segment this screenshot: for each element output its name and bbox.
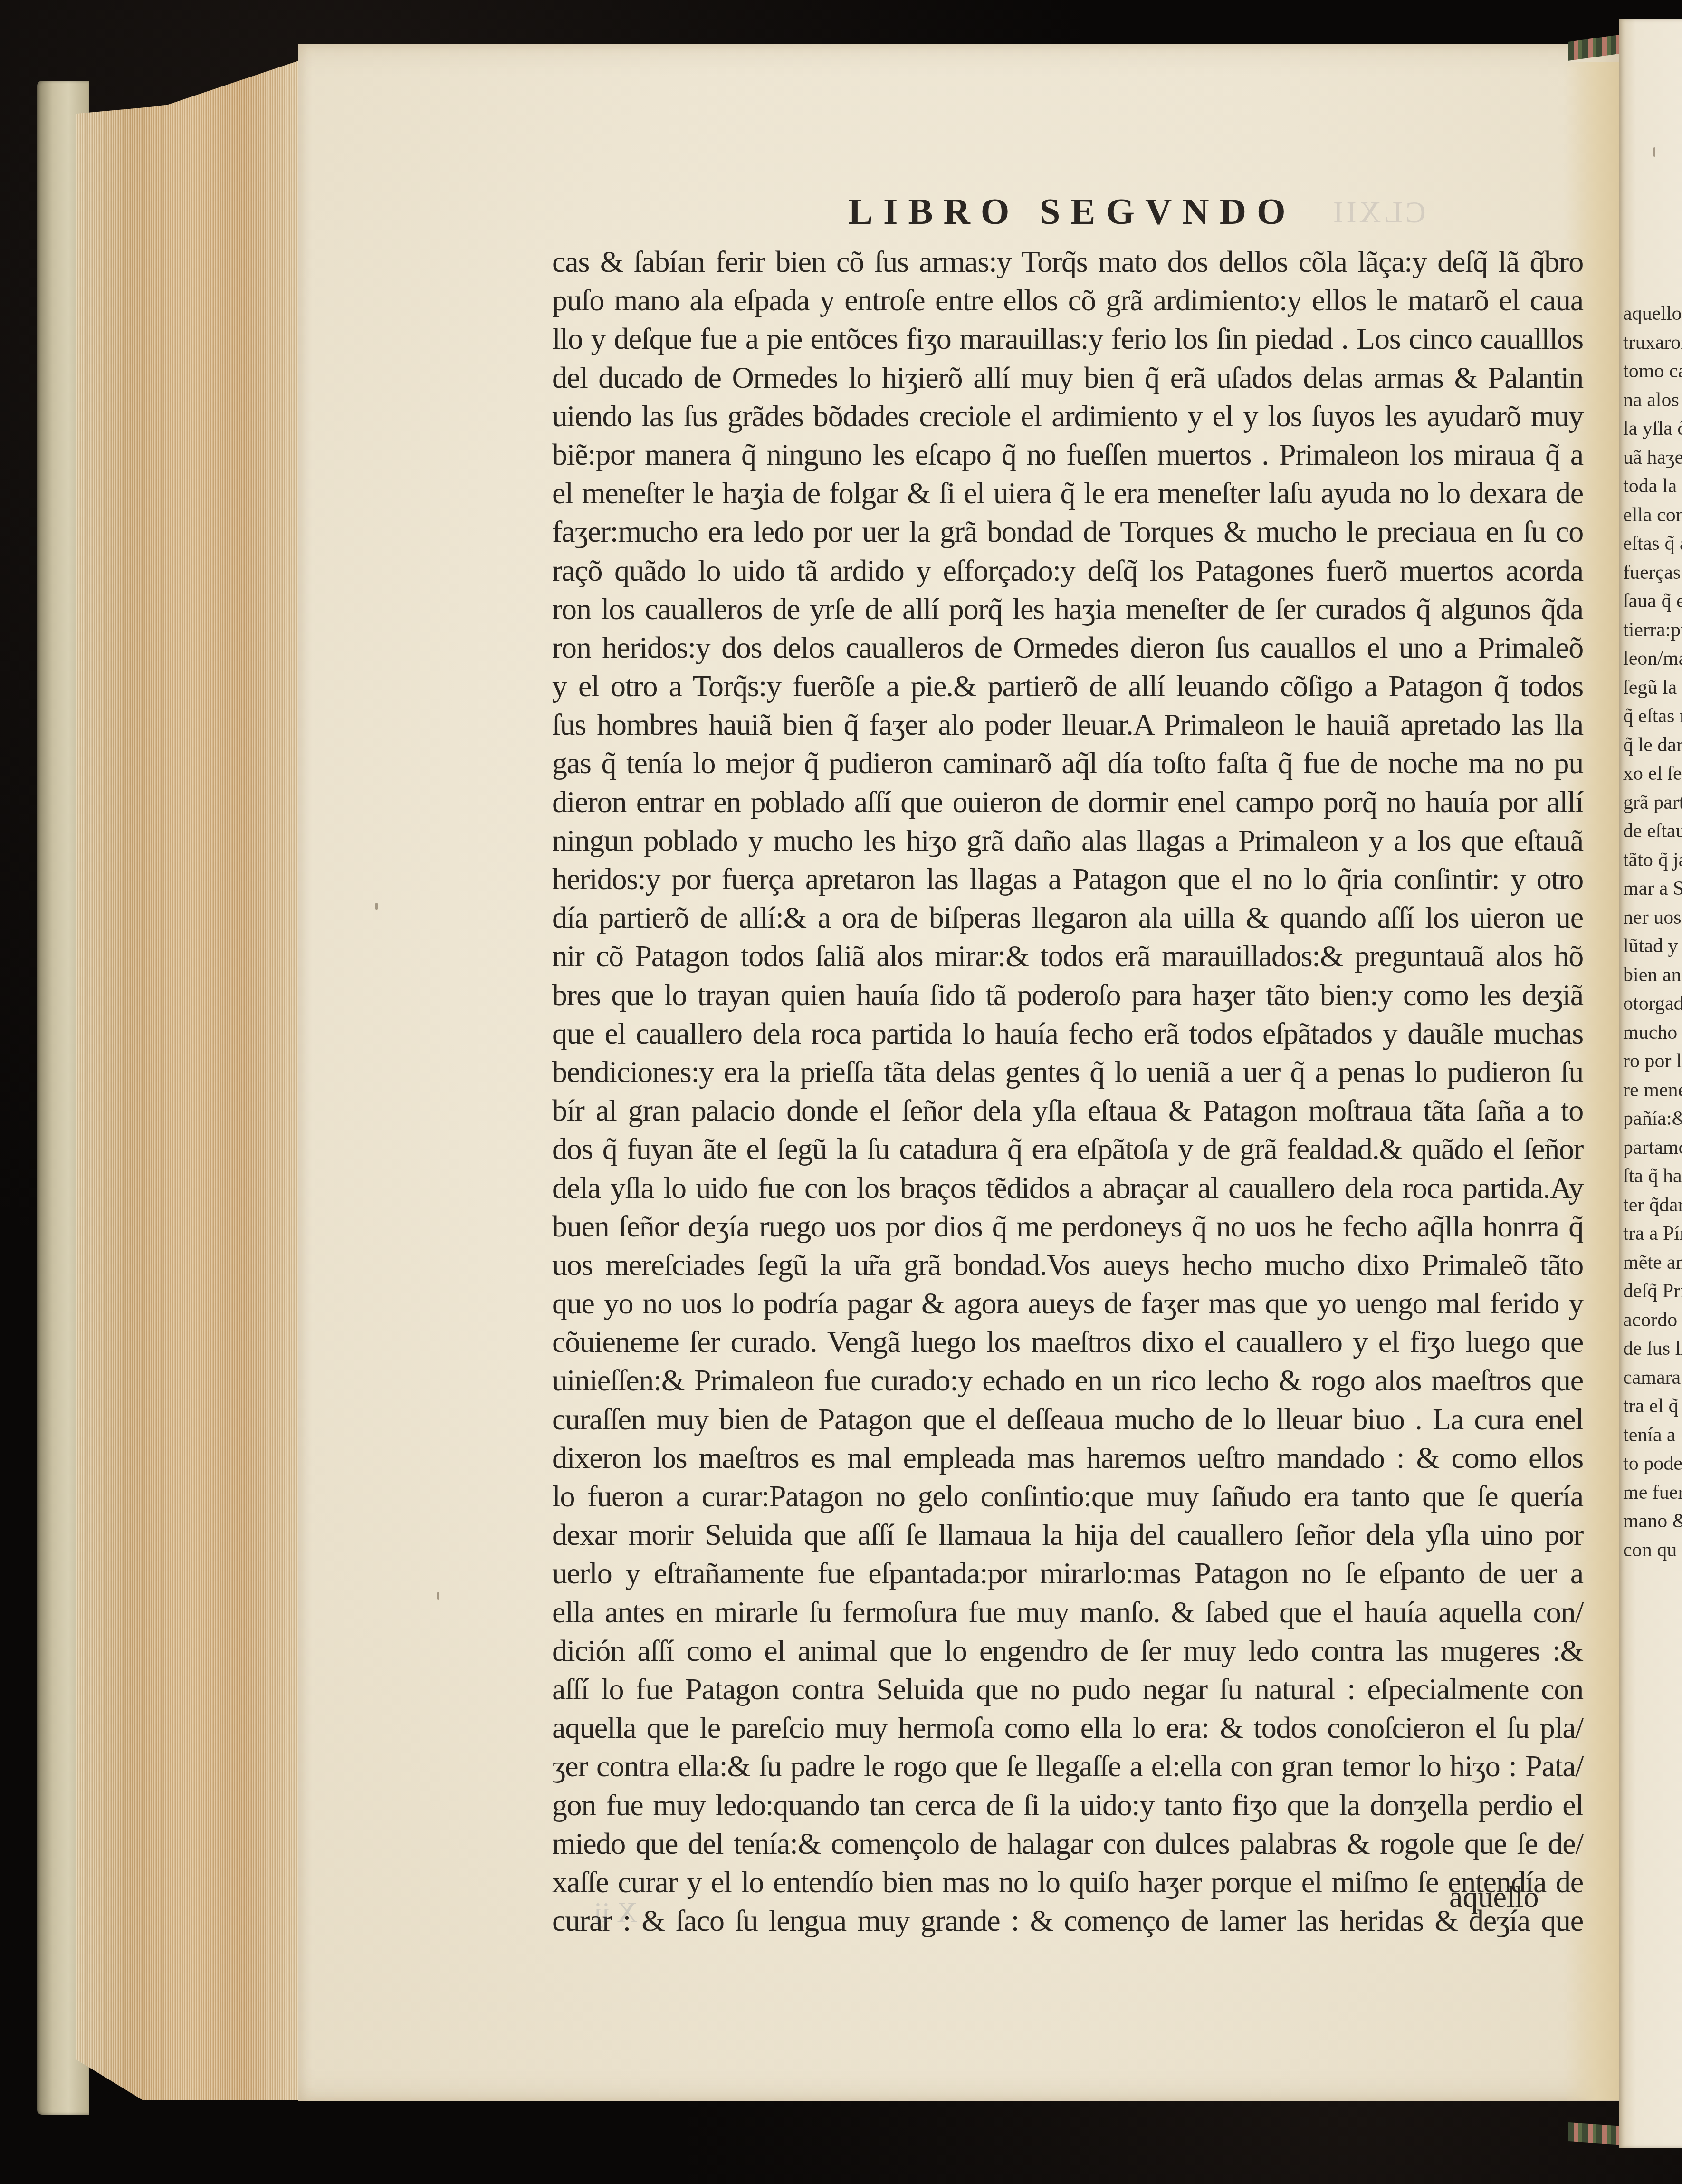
text-line: aſſí lo fue Patagon contra Seluida que n… — [552, 1670, 1583, 1708]
text-line: bendiciones:y era la prieſſa tãta delas … — [552, 1053, 1583, 1091]
facing-text-line: ella como nos — [1623, 501, 1682, 530]
text-line: lo fueron a curar:Patagon no gelo conſin… — [552, 1477, 1583, 1515]
text-line: uinieſſen:& Primaleon fue curado:y echad… — [552, 1361, 1583, 1399]
facing-text-line: ſegũ la ur̃a b — [1623, 673, 1682, 702]
text-line: miedo que del tenía:& començolo de halag… — [552, 1824, 1583, 1863]
signature-showthrough: X ij — [594, 1896, 638, 1929]
paper-speck — [375, 903, 378, 910]
text-line: curar : & ſaco ſu lengua muy grande : & … — [552, 1901, 1583, 1940]
text-line: dos q̃ fuyan ãte el ſegũ la ſu catadura … — [552, 1130, 1583, 1168]
facing-text-line: ro por la fe — [1623, 1047, 1682, 1076]
text-line: dición aſſí como el animal que lo engend… — [552, 1631, 1583, 1670]
facing-text-line: camara c — [1623, 1363, 1682, 1392]
facing-text-line: me fuer — [1623, 1478, 1682, 1507]
facing-text-line: tenía a g — [1623, 1421, 1682, 1450]
facing-text-line: re meneſter — [1623, 1076, 1682, 1105]
text-line: aquella que le pareſcio muy hermoſa como… — [552, 1708, 1583, 1747]
facing-text-line: tomo cargo de — [1623, 357, 1682, 386]
facing-text-line: q̃ le daría a S — [1623, 731, 1682, 760]
facing-text-line: truxaron que c — [1623, 328, 1682, 357]
text-line: del ducado de Ormedes lo hiʒierõ allí mu… — [552, 358, 1583, 397]
facing-text-line: la yſla q̃ no lo — [1623, 414, 1682, 443]
body-text: cas & ſabían ferir bien cõ ſus armas:y T… — [552, 242, 1583, 1940]
facing-text-line: mucho ſi ue — [1623, 1018, 1682, 1047]
paper-speck — [1653, 147, 1655, 157]
facing-text-line: fuerças tiene — [1623, 558, 1682, 587]
facing-text-line: pañía:& ſ — [1623, 1104, 1682, 1133]
facing-text-line: tra a Pím — [1623, 1219, 1682, 1248]
text-line: raçõ quãdo lo uido tã ardido y eſforçado… — [552, 551, 1583, 590]
facing-text-line: de ſus lla — [1623, 1334, 1682, 1363]
facing-text-line: xo el ſeríamo — [1623, 759, 1682, 788]
facing-text-line: ſta q̃ hauí — [1623, 1162, 1682, 1191]
facing-text-line: leon/mas la — [1623, 644, 1682, 673]
text-line: ningun poblado y mucho les hiʒo grã daño… — [552, 821, 1583, 860]
facing-text-line: mẽte ama — [1623, 1248, 1682, 1277]
text-line: ella antes en mirarle ſu fermoſura fue m… — [552, 1593, 1583, 1631]
facing-text-line: ſaua q̃ era lle — [1623, 587, 1682, 616]
facing-text-line: toda la hõrra — [1623, 472, 1682, 501]
facing-text-line: mano & — [1623, 1507, 1682, 1536]
text-line: y el otro a Torq̃s:y fuerõſe a pie.& par… — [552, 667, 1583, 705]
facing-text-line: q̃ eſtas raʒon — [1623, 702, 1682, 731]
text-line: el meneſter le haʒia de folgar & ſi el u… — [552, 474, 1583, 512]
text-line: puſo mano ala eſpada y entroſe entre ell… — [552, 281, 1583, 319]
text-line: ron heridos:y dos delos caualleros de Or… — [552, 628, 1583, 667]
text-line: bres que lo trayan quien hauía ſido tã p… — [552, 976, 1583, 1014]
facing-text-line: partamos — [1623, 1133, 1682, 1162]
facing-text-line: na alos pies y — [1623, 386, 1682, 415]
text-line: nir cõ Patagon todos ſaliã alos mirar:& … — [552, 937, 1583, 975]
facing-text-line: deſq̃ Prín — [1623, 1277, 1682, 1306]
text-line: ſus hombres hauiã bien q̃ faʒer alo pode… — [552, 705, 1583, 744]
facing-page-text: aquello le baſttruxaron que ctomo cargo … — [1623, 299, 1682, 1564]
facing-text-line: ter q̃dar co — [1623, 1191, 1682, 1220]
text-line: buen ſeñor deʒía ruego uos por dios q̃ m… — [552, 1207, 1583, 1245]
paper-speck — [437, 1592, 439, 1600]
facing-text-line: aquello le baſt — [1623, 299, 1682, 328]
text-line: faʒer:mucho era ledo por uer la grã bond… — [552, 512, 1583, 551]
facing-text-line: lũtad y amo — [1623, 932, 1682, 961]
text-line: gas q̃ tenía lo mejor q̃ pudieron camina… — [552, 744, 1583, 782]
facing-text-line: ner uos por — [1623, 903, 1682, 932]
facing-recto-page: aquello le baſttruxaron que ctomo cargo … — [1619, 19, 1682, 2148]
text-line: que el cauallero dela roca partida lo ha… — [552, 1014, 1583, 1053]
facing-text-line: bien andãte — [1623, 961, 1682, 990]
text-line: ron los caualleros de yrſe de allí porq̃… — [552, 590, 1583, 628]
text-line: que yo no uos lo podría pagar & agora au… — [552, 1284, 1583, 1322]
text-line: gon fue muy ledo:quando tan cerca de ſi … — [552, 1786, 1583, 1824]
facing-text-line: to pode — [1623, 1449, 1682, 1478]
headband-bottom — [1568, 2122, 1623, 2145]
facing-text-line: tierra:pues d — [1623, 616, 1682, 645]
facing-text-line: de eſtaua Pr — [1623, 817, 1682, 846]
facing-text-line: mar a Seluid — [1623, 874, 1682, 903]
page-edge-stack — [76, 52, 299, 2100]
facing-text-line: tra el q̃ — [1623, 1392, 1682, 1421]
text-line: día partierõ de allí:& a ora de biſperas… — [552, 898, 1583, 937]
text-line: dieron entrar en poblado aſſí que ouiero… — [552, 783, 1583, 821]
text-line: llo y deſque fue a pie entõces fiʒo mara… — [552, 319, 1583, 358]
text-line: uerlo y eſtrañamente fue eſpantada:por m… — [552, 1554, 1583, 1592]
running-head: LIBRO SEGVNDO — [848, 190, 1296, 233]
facing-text-line: otorgado m — [1623, 989, 1682, 1018]
text-line: dexar morir Seluida que aſſí ſe llamaua … — [552, 1515, 1583, 1554]
facing-text-line: eſtas q̃ aſſí ue — [1623, 529, 1682, 558]
text-line: ʒer contra ella:& ſu padre le rogo que ſ… — [552, 1747, 1583, 1785]
folio-showthrough: CLXII — [1330, 195, 1426, 230]
text-line: dixeron los maeſtros es mal empleada mas… — [552, 1438, 1583, 1477]
text-line: bír al gran palacio donde el ſeñor dela … — [552, 1091, 1583, 1130]
text-line: cõuieneme ſer curado. Vengã luego los ma… — [552, 1322, 1583, 1361]
text-line: heridos:y por fuerça apretaron las llaga… — [552, 860, 1583, 898]
facing-text-line: acordo da — [1623, 1306, 1682, 1335]
facing-text-line: grã parte de — [1623, 788, 1682, 817]
facing-text-line: tãto q̃ jama — [1623, 846, 1682, 875]
catchword: aquello — [1449, 1879, 1539, 1915]
text-line: uos mereſciades ſegũ la ur̃a grã bondad.… — [552, 1245, 1583, 1284]
facing-text-line: uã haʒer mal. — [1623, 443, 1682, 472]
text-line: curaſſen muy bien de Patagon que el deſſ… — [552, 1400, 1583, 1438]
text-line: uiendo las ſus grãdes bõdades creciole e… — [552, 397, 1583, 435]
text-line: dela yſla lo uido fue con los braços tẽd… — [552, 1169, 1583, 1207]
text-line: cas & ſabían ferir bien cõ ſus armas:y T… — [552, 242, 1583, 281]
text-line: biẽ:por manera q̃ ninguno les eſcapo q̃ … — [552, 435, 1583, 474]
text-line: xaſſe curar y el lo entendío bien mas no… — [552, 1863, 1583, 1901]
facing-text-line: con qu — [1623, 1536, 1682, 1565]
